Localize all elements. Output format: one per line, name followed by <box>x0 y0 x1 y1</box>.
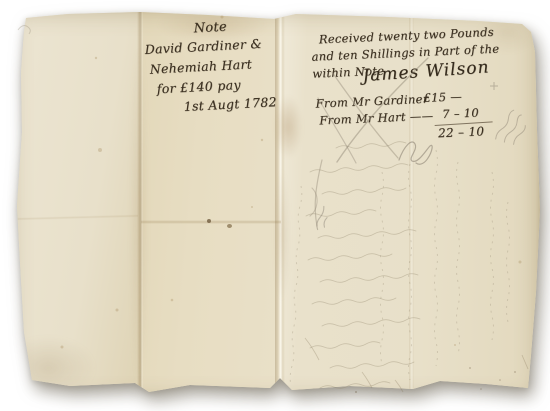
manuscript-photo: Note David Gardiner & Nehemiah Hart for … <box>0 0 550 411</box>
ledger-row-hart-amount: 7 – 10 <box>442 106 479 122</box>
horizontal-crease <box>141 220 281 224</box>
note-line-names1: David Gardiner & <box>144 36 262 57</box>
receipt-panel: Received twenty two Pounds and ten Shill… <box>300 21 541 153</box>
ledger-total: 22 – 10 <box>438 124 485 140</box>
paper-sheet: Note David Gardiner & Nehemiah Hart for … <box>8 10 540 402</box>
note-line-amount: for £140 pay <box>156 77 241 96</box>
ink-speck <box>214 12 217 15</box>
wax-speck <box>227 224 232 228</box>
ledger-row-hart-label: From Mr Hart —— <box>319 108 434 127</box>
wax-speck <box>207 219 211 223</box>
note-line-date: 1st Augt 1782 <box>183 94 277 114</box>
note-line-names2: Nehemiah Hart <box>149 56 252 76</box>
note-heading: Note <box>193 20 227 37</box>
left-folded-flap <box>8 10 141 402</box>
note-panel: Note David Gardiner & Nehemiah Hart for … <box>137 12 305 132</box>
ledger-row-gardiner-amount: £15 — <box>423 89 462 105</box>
ledger-row-gardiner-label: From Mr Gardiner <box>315 92 428 111</box>
signature: James Wilson <box>362 57 490 86</box>
